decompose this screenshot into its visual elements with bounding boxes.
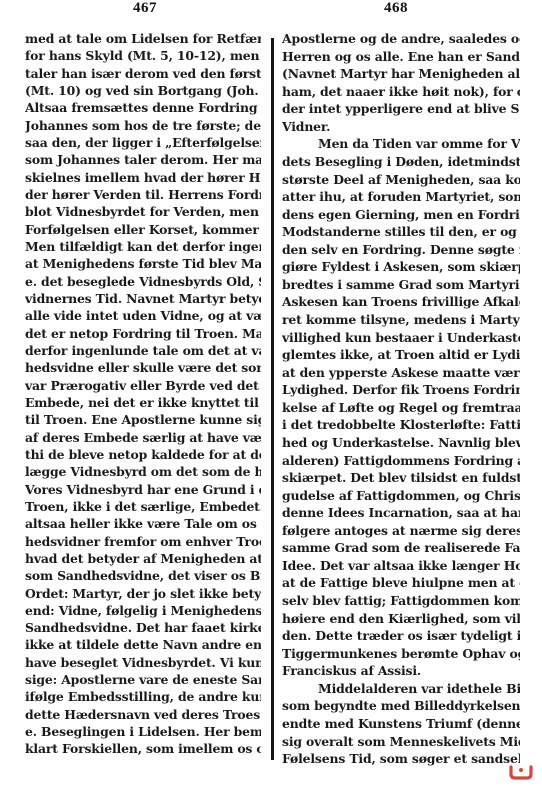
text-line: kelse af Løfte og Regel og fremtraadte n…	[282, 399, 520, 417]
text-line: Lydighed. Derfor fik Troens Fordring Ski…	[282, 381, 520, 399]
text-line: Forfølgelsen eller Korset, kommer fra Ve…	[25, 221, 261, 238]
text-line: hedsvidne eller skulle være det som noge…	[25, 359, 261, 376]
text-line: dens egen Gierning, men en Fordring, som…	[282, 206, 520, 224]
text-line: at de Fattige bleve hiulpne men at den y…	[282, 574, 520, 592]
text-line: klart Forskiellen, som imellem os og Mar…	[25, 740, 261, 757]
text-line: dette Hædersnavn ved deres Troes Udgang …	[25, 706, 261, 723]
text-line: Modstanderne stilles til den, er og inde…	[282, 223, 520, 241]
text-line: Altsaa fremsættes denne Fordring saa vel…	[25, 99, 261, 116]
text-line: der intet ypperligere end at blive Sandh…	[282, 100, 520, 118]
text-line: Troen, ikke i det særlige, Embedet. Der …	[25, 498, 261, 515]
text-line: altsaa heller ikke være Tale om os som S…	[25, 515, 261, 532]
text-line: thi de bleve netop kaldede for at de kun…	[25, 446, 261, 463]
text-line: derfor ingenlunde tale om det at være Sa…	[25, 342, 261, 359]
text-line: som begyndte med Billeddyrkelsens Seir o…	[282, 697, 520, 715]
text-line: i det tredobbelte Klosterløfte: Fattigdo…	[282, 416, 520, 434]
text-line: vidnernes Tid. Navnet Martyr betyder som…	[25, 290, 261, 307]
text-line: saa den, der ligger i „Efterfølgelsen“ s…	[25, 134, 261, 151]
text-line: for hans Skyld (Mt. 5, 10-12), men sener…	[25, 47, 261, 64]
text-line: ham, det naaer ikke høit nok), for os al…	[282, 83, 520, 101]
page-number-left: 467	[133, 0, 157, 17]
text-line: taler han især derom ved den første Udse…	[25, 65, 261, 82]
text-line: ikke at tildele dette Navn andre end dem…	[25, 636, 261, 653]
text-line: Johannes som hos de tre første; det er d…	[25, 117, 261, 134]
right-column-text: Apostlerne og de andre, saaledes ogsaa m…	[282, 30, 520, 768]
text-line: følgere antoges at nærme sig deres Forbi…	[282, 522, 520, 540]
paragraph-start-line: Middelalderen var idethele Billedalderen…	[282, 680, 520, 698]
text-line: Apostlerne og de andre, saaledes ogsaa m…	[282, 30, 520, 48]
text-line: det er netop Fordring til Troen. Man maa	[25, 325, 261, 342]
left-column-text: med at tale om Lidelsen for Retfærdighed…	[25, 30, 261, 758]
text-line: alle vide intet uden Vidne, og at være V…	[25, 307, 261, 324]
text-line: Ordet: Martyr, der jo slet ikke betyder …	[25, 585, 261, 602]
text-line: dets Besegling i Døden, idetmindste for …	[282, 153, 520, 171]
text-line: e. Beseglingen i Lidelsen. Her bemærkes …	[25, 723, 261, 740]
text-line: Men tilfældigt kan det derfor ingenlunde…	[25, 238, 261, 255]
text-line: den. Dette træder os især tydeligt imøde…	[282, 627, 520, 645]
text-line: sig overalt som Menneskelivets Middelald…	[282, 733, 520, 751]
text-line: der hører Verden til. Herrens Fordring e…	[25, 186, 261, 203]
text-line: villighed kun bestaaer i Underkastelse. …	[282, 329, 520, 347]
text-line: den selv en Fordring. Denne søgte man da…	[282, 241, 520, 259]
text-line: med at tale om Lidelsen for Retfærdighed…	[25, 30, 261, 47]
text-line: (Navnet Martyr har Menigheden aldrig til…	[282, 65, 520, 83]
text-line: hedsvidner fremfor om enhver Troende. Me…	[25, 533, 261, 550]
text-line: Vidner.	[282, 118, 520, 136]
text-line: atter ihu, at foruden Martyriet, som ikk…	[282, 188, 520, 206]
text-line: end: Vidne, følgelig i Menighedens Mund:	[25, 602, 261, 619]
text-line: Idee. Det var altsaa ikke længer Hovedsa…	[282, 557, 520, 575]
text-line: have beseglet Vidnesbyrdet. Vi kunne ogs…	[25, 654, 261, 671]
text-line: samme Grad som de realiserede Fattigdomm…	[282, 539, 520, 557]
text-line: gudelse af Fattigdommen, og Christus ble…	[282, 487, 520, 505]
text-line: e. det beseglede Vidnesbyrds Old, Sandhe…	[25, 273, 261, 290]
text-line: hvad det betyder af Menigheden at faae N…	[25, 550, 261, 567]
smile-logo-icon	[508, 763, 534, 781]
text-line: største Deel af Menigheden, saa kom Troe…	[282, 171, 520, 189]
text-line: Følelsens Tid, som søger et sandseligt U…	[282, 750, 520, 768]
column-divider	[271, 38, 274, 760]
text-line: høiere end den Kiærlighed, som vilde afh…	[282, 610, 520, 628]
text-line: endte med Kunstens Triumf (denne Old vis…	[282, 715, 520, 733]
text-line: denne Idees Incarnation, saa at hans Eft…	[282, 504, 520, 522]
text-line: blot Vidnesbyrdet for Verden, men dettes…	[25, 203, 261, 220]
text-line: alderen) Fattigdommens Fordring altid me…	[282, 452, 520, 470]
page-number-right: 468	[384, 0, 408, 17]
text-line: Sandhedsvidne. Det har faaet kirkelig Hæ…	[25, 619, 261, 636]
text-line: var Prærogativ eller Byrde ved det kirke…	[25, 377, 261, 394]
text-line: skielnes imellem hvad der hører Herren o…	[25, 169, 261, 186]
text-line: lægge Vidnesbyrd om det som de havde see…	[25, 463, 261, 480]
text-line: Embede, nei det er ikke knyttet til Embe…	[25, 394, 261, 411]
text-line: at Menighedens første Tid blev Martyriet…	[25, 255, 261, 272]
text-line: ifølge Embedsstilling, de andre kunne bl…	[25, 688, 261, 705]
text-line: (Mt. 10) og ved sin Bortgang (Joh. 15, 1…	[25, 82, 261, 99]
text-line: sige: Apostlerne vare de eneste Sandheds…	[25, 671, 261, 688]
text-line: Vores Vidnesbyrd har ene Grund i det fæl…	[25, 481, 261, 498]
text-line: ret komme tilsyne, medens i Martyriet Tr…	[282, 311, 520, 329]
text-line: bredtes i samme Grad som Martyriet aftog…	[282, 276, 520, 294]
text-line: Franciskus af Assisi.	[282, 662, 520, 680]
text-line: af deres Embede særlig at have været Vid…	[25, 429, 261, 446]
text-line: Herren og os alle. Ene han er Sandheden	[282, 48, 520, 66]
paragraph-start-line: Men da Tiden var omme for Vidnesbyr-	[282, 135, 520, 153]
text-line: glemtes ikke, at Troen altid er Lydighed…	[282, 346, 520, 364]
text-line: giøre Fyldest i Askesen, som skiærpedes …	[282, 258, 520, 276]
text-line: som Johannes taler derom. Her maa imidle…	[25, 151, 261, 168]
text-line: skiærpet. Det blev tilsidst en fuldstænd…	[282, 469, 520, 487]
text-line: som Sandhedsvidne, det viser os Brugen a…	[25, 567, 261, 584]
text-line: at den ypperste Askese maatte være at ud…	[282, 364, 520, 382]
text-line: hed og Underkastelse. Navnlig blev (i Mi…	[282, 434, 520, 452]
text-line: selv blev fattig; Fattigdommen kom til a…	[282, 592, 520, 610]
text-line: Askesen kan Troens frivillige Afkald og …	[282, 293, 520, 311]
text-line: Tiggermunkenes berømte Ophav og Forbille…	[282, 645, 520, 663]
text-line: til Troen. Ene Apostlerne kunne siges i …	[25, 411, 261, 428]
